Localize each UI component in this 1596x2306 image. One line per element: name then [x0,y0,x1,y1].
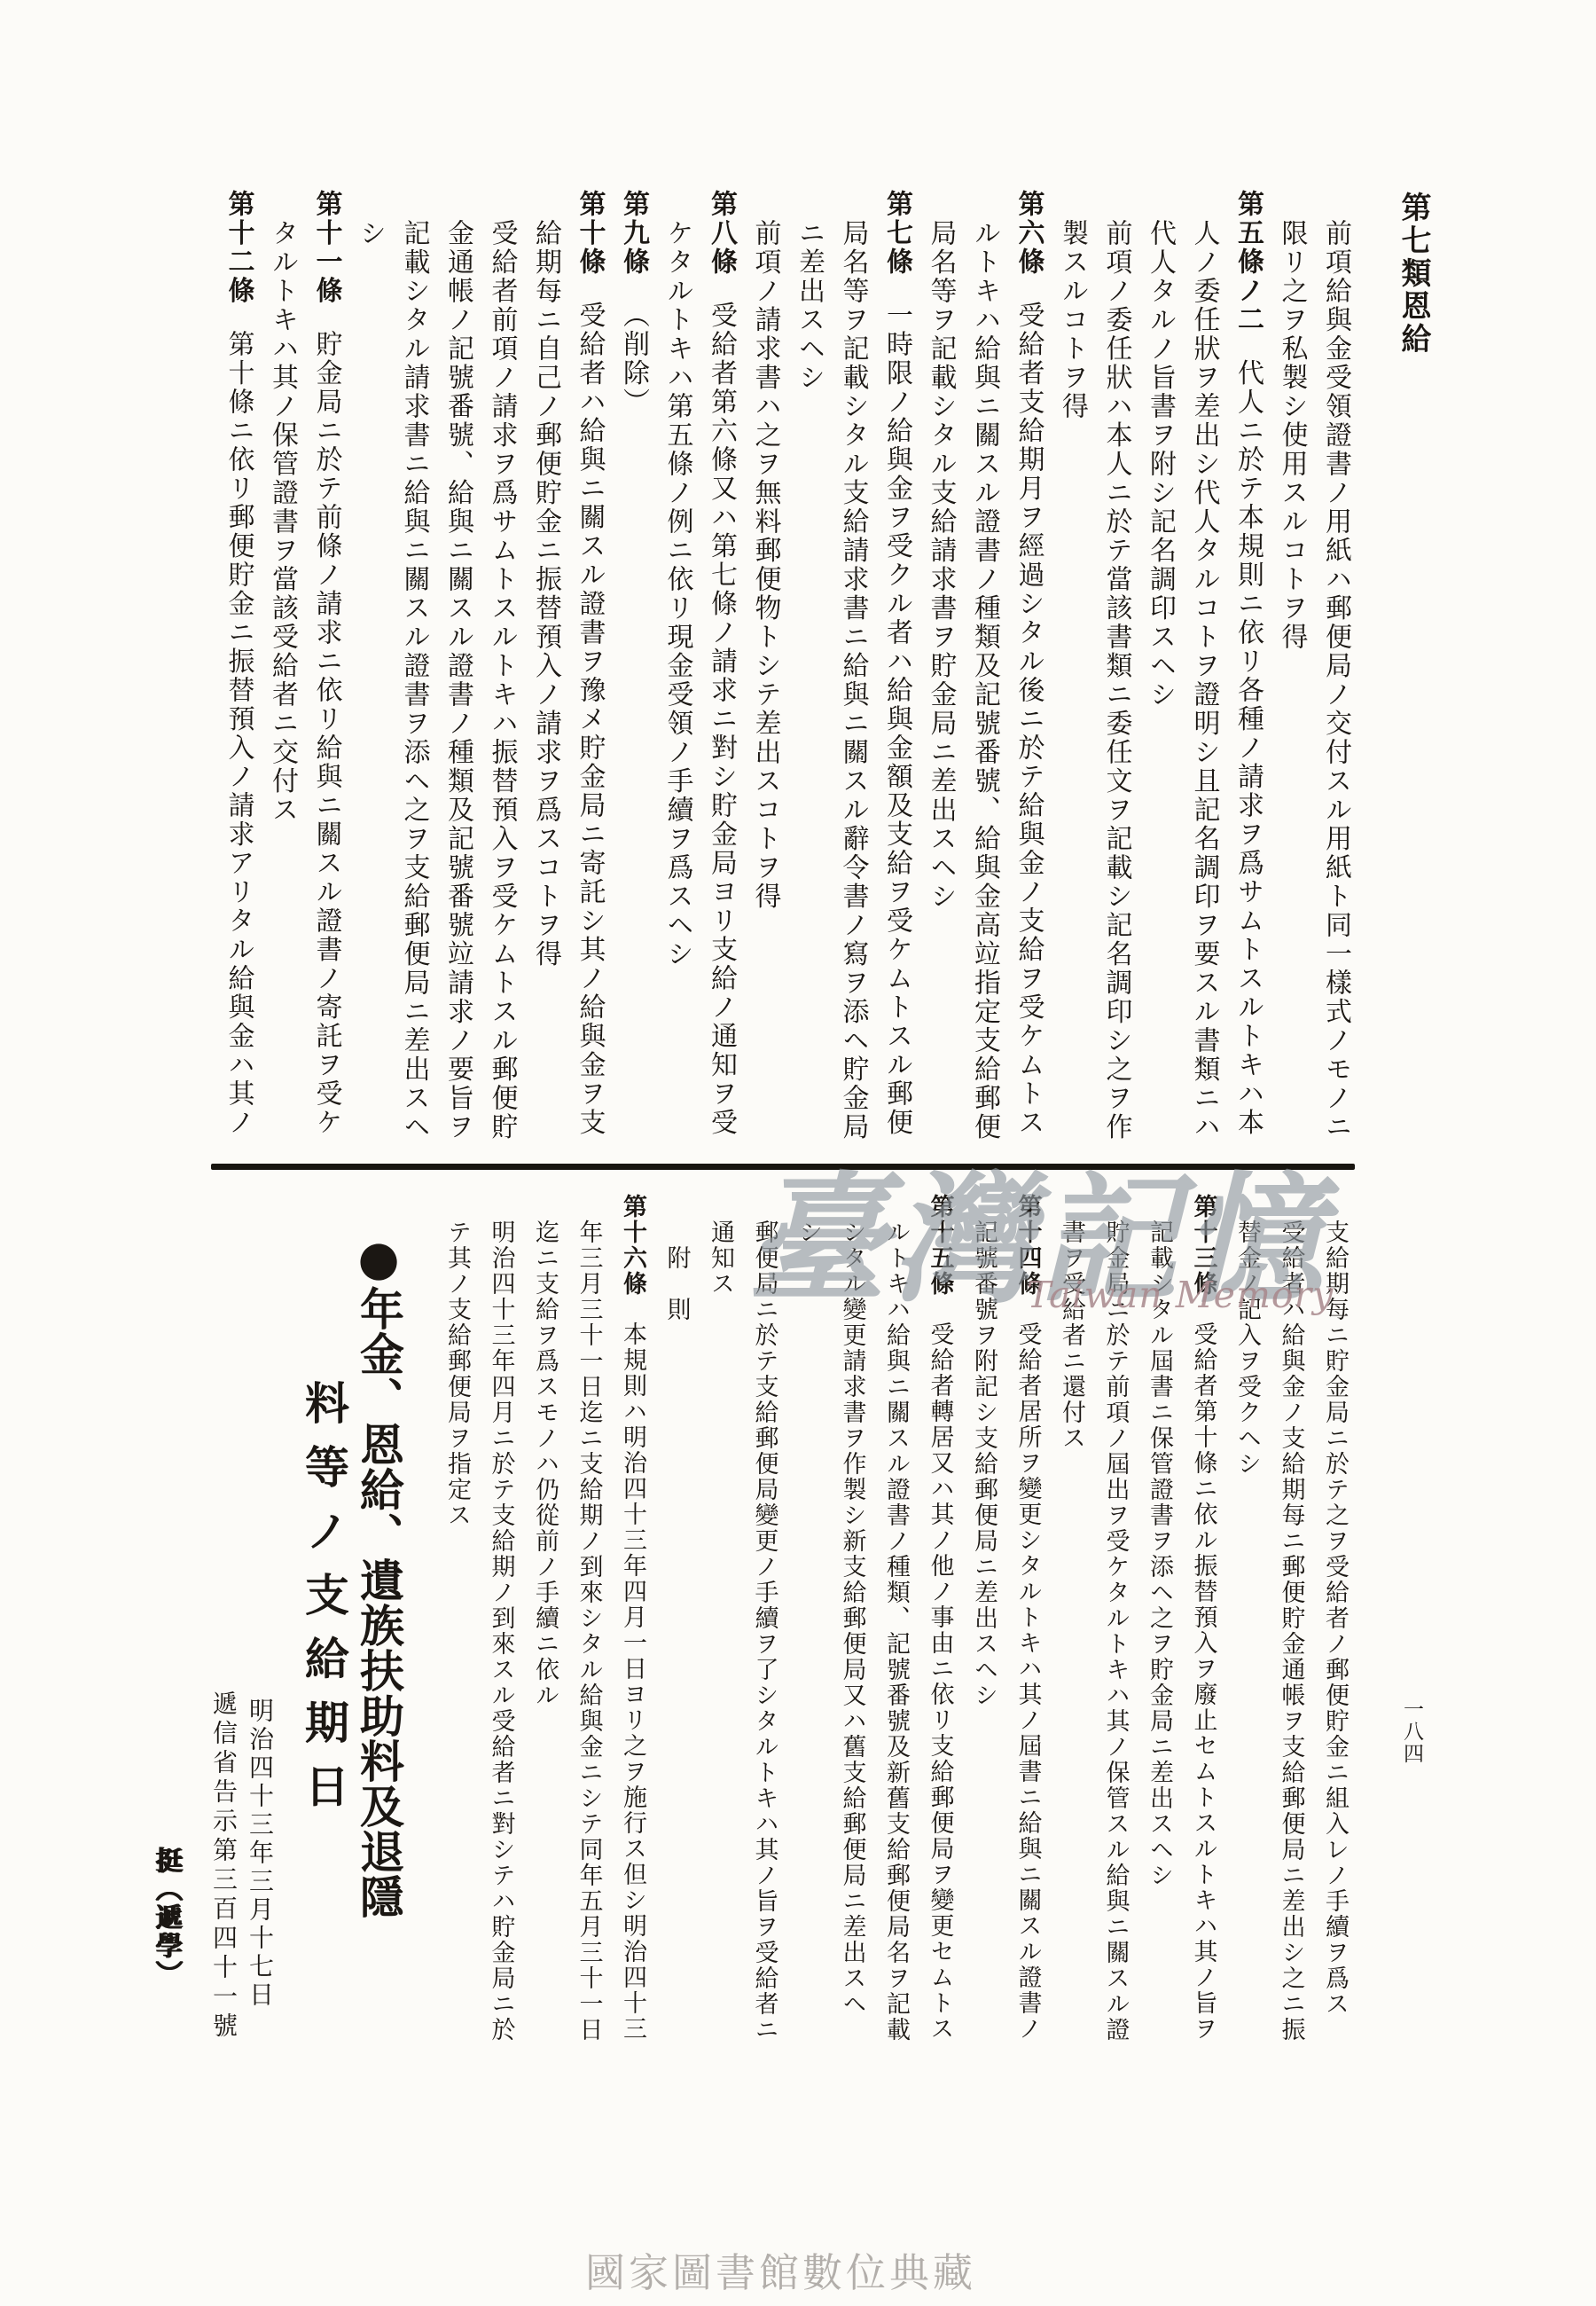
article-text: 記號番號ヲ附記シ支給郵便局ニ差出スヘシ [970,1220,997,1708]
announcement-title-text1: 年金、恩給、遺族扶助料及退隱 [353,1286,405,1919]
article-number: 第九條 [618,190,649,277]
text-column: タルトキハ其ノ保管證書ヲ當該受給者ニ交付ス [261,190,305,1158]
text-column: 局名等ヲ記載シタル支給請求書ヲ貯金局ニ差出スヘシ [919,190,963,1158]
article-number: 第十六條 [619,1194,646,1297]
article-text: 受給者ハ給與ニ關スル證書ヲ豫メ貯金局ニ寄託シ其ノ給與金ヲ支 [575,302,606,1138]
article-text: 受給者轉居又ハ其ノ他ノ事由ニ依リ支給郵便局ヲ變更セムトス [927,1322,954,2042]
article-text: 受給者第十條ニ依ル振替預入ヲ廢止セムトスルトキハ其ノ旨ヲ [1190,1322,1217,2042]
text-column: 製スルコトヲ得 [1051,190,1095,1158]
article-text: 迄ニ支給ヲ爲スモノハ仍從前ノ手續ニ依ル [531,1220,559,1708]
article-text: シ [355,219,386,248]
article-text: 代人タルノ旨書ヲ附シ記名調印スヘシ [1145,219,1176,710]
article-text: （削除） [618,302,649,417]
text-column: 前項給與金受領證書ノ用紙ハ郵便局ノ交付スル用紙ト同一樣式ノモノニ [1314,190,1358,1158]
article-text: 附 則 [663,1245,691,1322]
article-number: 第七條 [881,190,912,277]
article-number: 第十一條 [311,190,342,305]
article-column: 第六條受給者支給期月ヲ經過シタル後ニ於テ給與金ノ支給ヲ受ケムトス [1006,190,1051,1158]
text-column: シ [348,190,393,1158]
text-column: 支給期每ニ貯金局ニ於テ之ヲ受給者ノ郵便貯金ニ組入レノ手續ヲ爲ス [1313,1194,1357,2050]
article-text: 前項ノ請求書ハ之ヲ無料郵便物トシテ差出スコトヲ得 [750,219,781,911]
article-text: ニ差出スヘシ [794,219,825,392]
article-text: 通知ス [707,1220,734,1297]
text-column: テ其ノ支給郵便局ヲ指定ス [435,1194,480,2050]
text-column: 前項ノ委任狀ハ本人ニ於テ當該書類ニ委任文ヲ記載シ記名調印シ之ヲ作 [1094,190,1138,1158]
archive-caption: 國家圖書館數位典藏 [585,2240,976,2298]
text-column: ルトキハ給與ニ關スル證書ノ種類及記號番號、給與金高竝指定支給郵便 [963,190,1007,1158]
upper-text-block: 前項給與金受領證書ノ用紙ハ郵便局ノ交付スル用紙ト同一樣式ノモノニ限リ之ヲ私製シ使… [215,190,1357,1158]
margin-section-volume: 第七類 [1396,192,1431,290]
article-text: 第十條ニ依リ郵便貯金ニ振替預入ノ請求アリタル給與金ハ其ノ [223,330,254,1137]
article-column: 第八條受給者第六條又ハ第七條ノ請求ニ對シ貯金局ヨリ支給ノ通知ヲ受 [700,190,744,1158]
article-column: 第十三條受給者第十條ニ依ル振替預入ヲ廢止セムトスルトキハ其ノ旨ヲ [1181,1194,1225,2050]
article-text: 前項給與金受領證書ノ用紙ハ郵便局ノ交付スル用紙ト同一樣式ノモノニ [1320,219,1351,1141]
announcement-title-line1: ●年金、恩給、遺族扶助料及退隱 [354,1229,403,1919]
text-column: 記載シタル請求書ニ給與ニ關スル證書ヲ添ヘ之ヲ支給郵便局ニ差出スヘ [392,190,436,1158]
article-text: 局名等ヲ記載シタル支給請求書ニ給與ニ關スル辭令書ノ寫ヲ添ヘ貯金局 [838,219,869,1141]
text-column: 受給者前項ノ請求ヲ爲サムトスルトキハ振替預入ヲ受ケムトスル郵便貯 [480,190,524,1158]
text-column: 限リ之ヲ私製シ使用スルコトヲ得 [1270,190,1314,1158]
section-divider-rule [211,1164,1355,1170]
article-text: 受給者ハ給與金ノ支給期每ニ郵便貯金通帳ヲ支給郵便局ニ差出シ之ニ振 [1278,1220,1305,2043]
article-text: ケタルトキハ第五條ノ例ニ依リ現金受領ノ手續ヲ爲スヘシ [662,219,693,969]
article-number: 第五條ノ二 [1232,190,1263,334]
article-text: 限リ之ヲ私製シ使用スルコトヲ得 [1277,219,1308,652]
text-column: 書ヲ受給者ニ還付ス [1050,1194,1094,2050]
text-column: 年三月三十一日迄ニ支給期ノ到來シタル給與金ニシテ同年五月三十一日 [567,1194,611,2050]
announcement-title-line2: 料等ノ支給期日 [299,1380,348,1827]
article-text: 代人ニ於テ本規則ニ依リ各種ノ請求ヲ爲サムトスルトキハ本 [1232,359,1263,1138]
text-column: 記載シタル屆書ニ保管證書ヲ添ヘ之ヲ貯金局ニ差出スヘシ [1138,1194,1182,2050]
article-column: 第十六條本規則ハ明治四十三年四月一日ヨリ之ヲ施行ス但シ明治四十三 [611,1194,655,2050]
article-text: 金通帳ノ記號番號、給與ニ關スル證書ノ種類及記號番號竝請求ノ要旨ヲ [442,219,473,1141]
text-column: 貯金局ニ於テ前項ノ屆出ヲ受ケタルトキハ其ノ保管スル給與ニ關スル證 [1093,1194,1138,2050]
text-column: 金通帳ノ記號番號、給與ニ關スル證書ノ種類及記號番號竝請求ノ要旨ヲ [436,190,481,1158]
text-column: ルトキハ給與ニ關スル證書ノ種類、記號番號及新舊支給郵便局名ヲ記載 [874,1194,919,2050]
article-text: 本規則ハ明治四十三年四月一日ヨリ之ヲ施行ス但シ明治四十三 [619,1322,646,2042]
article-number: 第十條 [575,190,606,277]
article-text: ルトキハ給與ニ關スル證書ノ種類及記號番號、給與金高竝指定支給郵便 [969,219,1000,1141]
article-text: 人ノ委任狀ヲ差出シ代人タルコトヲ證明シ且記名調印ヲ要スル書類ニハ [1189,219,1220,1141]
article-text: シタル變更請求書ヲ作製シ新支給郵便局又ハ舊支給郵便局ニ差出スヘ [839,1220,866,2017]
article-text: 製スルコトヲ得 [1057,219,1088,421]
article-column: 第十五條受給者轉居又ハ其ノ他ノ事由ニ依リ支給郵便局ヲ變更セムトス [918,1194,962,2050]
article-column: 第十二條第十條ニ依リ郵便貯金ニ振替預入ノ請求アリタル給與金ハ其ノ [216,190,261,1158]
article-text: タルトキハ其ノ保管證書ヲ當該受給者ニ交付ス [267,219,298,825]
article-text: 郵便局ニ於テ支給郵便局變更ノ手續ヲ了シタルトキハ其ノ旨ヲ受給者ニ [751,1220,778,2043]
article-number: 第十四條 [1014,1194,1042,1297]
article-text: 貯金局ニ於テ前項ノ屆出ヲ受ケタルトキハ其ノ保管スル給與ニ關スル證 [1102,1220,1130,2043]
article-text: 受給者前項ノ請求ヲ爲サムトスルトキハ振替預入ヲ受ケムトスル郵便貯 [487,219,518,1141]
scanned-document-page: { "document": { "margin": { "section_vol… [0,0,1596,2306]
article-text: 書ヲ受給者ニ還付ス [1058,1220,1085,1451]
article-text: 年三月三十一日迄ニ支給期ノ到來シタル給與金ニシテ同年五月三十一日 [575,1220,603,2043]
article-text: シ [794,1220,822,1245]
text-column: 給期每ニ自己ノ郵便貯金ニ振替預入ノ請求ヲ爲スコトヲ得 [524,190,568,1158]
article-text: 記載シタル請求書ニ給與ニ關スル證書ヲ添ヘ之ヲ支給郵便局ニ差出スヘ [399,219,430,1141]
article-text: 替金ノ記入ヲ受クヘシ [1233,1220,1261,1477]
article-text: 一時限ノ給與金ヲ受クル者ハ給與金額及支給ヲ受ケムトスル郵便 [881,302,912,1138]
bullet-icon: ● [350,1229,407,1286]
text-column: 受給者ハ給與金ノ支給期每ニ郵便貯金通帳ヲ支給郵便局ニ差出シ之ニ振 [1269,1194,1313,2050]
article-text: 前項ノ委任狀ハ本人ニ於テ當該書類ニ委任文ヲ記載シ記名調印シ之ヲ作 [1101,219,1132,1141]
text-column: 替金ノ記入ヲ受クヘシ [1225,1194,1270,2050]
article-number: 第六條 [1013,190,1044,277]
article-text: 局名等ヲ記載シタル支給請求書ヲ貯金局ニ差出スヘシ [926,219,957,911]
article-number: 第八條 [706,190,737,277]
article-column: 第五條ノ二代人ニ於テ本規則ニ依リ各種ノ請求ヲ爲サムトスルトキハ本 [1226,190,1271,1158]
announcement-date: 明治四十三年三月十七日 [245,1698,275,2010]
article-text: 給期每ニ自己ノ郵便貯金ニ振替預入ノ請求ヲ爲スコトヲ得 [530,219,561,969]
article-number: 第十二條 [223,190,254,305]
text-column: シ [786,1194,831,2050]
article-column: 第十條受給者ハ給與ニ關スル證書ヲ豫メ貯金局ニ寄託シ其ノ給與金ヲ支 [567,190,612,1158]
text-column: 代人タルノ旨書ヲ附シ記名調印スヘシ [1138,190,1183,1158]
article-number: 第十五條 [927,1194,954,1297]
text-column: 通知ス [699,1194,743,2050]
text-column: ケタルトキハ第五條ノ例ニ依リ現金受領ノ手續ヲ爲スヘシ [655,190,700,1158]
article-column: 第十一條貯金局ニ於テ前條ノ請求ニ依リ給與ニ關スル證書ノ寄託ヲ受ケ [304,190,348,1158]
announcement-source-number: 遞信省告示第三百四十一號 [208,1690,239,2042]
lower-text-block: 支給期每ニ貯金局ニ於テ之ヲ受給者ノ郵便貯金ニ組入レノ手續ヲ爲ス受給者ハ給與金ノ支… [434,1194,1357,2050]
text-column: ニ差出スヘシ [787,190,832,1158]
article-text: テ其ノ支給郵便局ヲ指定ス [443,1220,471,1528]
article-text: 支給期每ニ貯金局ニ於テ之ヲ受給者ノ郵便貯金ニ組入レノ手續ヲ爲ス [1321,1220,1349,2017]
margin-section-title: 恩給 [1396,290,1431,356]
article-text: 明治四十三年四月ニ於テ支給期ノ到來スル受給者ニ對シテハ貯金局ニ於 [488,1220,515,2043]
page-number: 一八四 [1392,1698,1431,1765]
article-text: 受給者居所ヲ變更シタルトキハ其ノ屆書ニ給與ニ關スル證書ノ [1014,1322,1042,2042]
article-text: 受給者支給期月ヲ經過シタル後ニ於テ給與金ノ支給ヲ受ケムトス [1013,302,1044,1138]
text-column: 局名等ヲ記載シタル支給請求書ニ給與ニ關スル辭令書ノ寫ヲ添ヘ貯金局 [831,190,875,1158]
article-number: 第十三條 [1190,1194,1217,1297]
article-column: 第九條（削除） [612,190,656,1158]
article-text: 記載シタル屆書ニ保管證書ヲ添ヘ之ヲ貯金局ニ差出スヘシ [1146,1220,1173,1888]
text-column: 前項ノ請求書ハ之ヲ無料郵便物トシテ差出スコトヲ得 [743,190,787,1158]
article-column: 第十四條受給者居所ヲ變更シタルトキハ其ノ屆書ニ給與ニ關スル證書ノ [1005,1194,1050,2050]
text-column: 記號番號ヲ附記シ支給郵便局ニ差出スヘシ [962,1194,1006,2050]
text-column: 附 則 [654,1194,699,2050]
article-text: ルトキハ給與ニ關スル證書ノ種類、記號番號及新舊支給郵便局名ヲ記載 [882,1220,910,2043]
text-column: 迄ニ支給ヲ爲スモノハ仍從前ノ手續ニ依ル [523,1194,567,2050]
text-column: 郵便局ニ於テ支給郵便局變更ノ手續ヲ了シタルトキハ其ノ旨ヲ受給者ニ [742,1194,786,2050]
article-column: 第七條一時限ノ給與金ヲ受クル者ハ給與金額及支給ヲ受ケムトスル郵便 [875,190,919,1158]
text-column: 明治四十三年四月ニ於テ支給期ノ到來スル受給者ニ對シテハ貯金局ニ於 [479,1194,523,2050]
article-text: 受給者第六條又ハ第七條ノ請求ニ對シ貯金局ヨリ支給ノ通知ヲ受 [706,302,737,1138]
article-text: 貯金局ニ於テ前條ノ請求ニ依リ給與ニ關スル證書ノ寄託ヲ受ケ [311,330,342,1137]
margin-section-header: 第七類恩給 [1396,192,1431,356]
text-column: 人ノ委任狀ヲ差出シ代人タルコトヲ證明シ且記名調印ヲ要スル書類ニハ [1182,190,1226,1158]
text-column: シタル變更請求書ヲ作製シ新支給郵便局又ハ舊支給郵便局ニ差出スヘ [830,1194,874,2050]
printer-mark: 挺（遞學） [147,1847,184,1988]
